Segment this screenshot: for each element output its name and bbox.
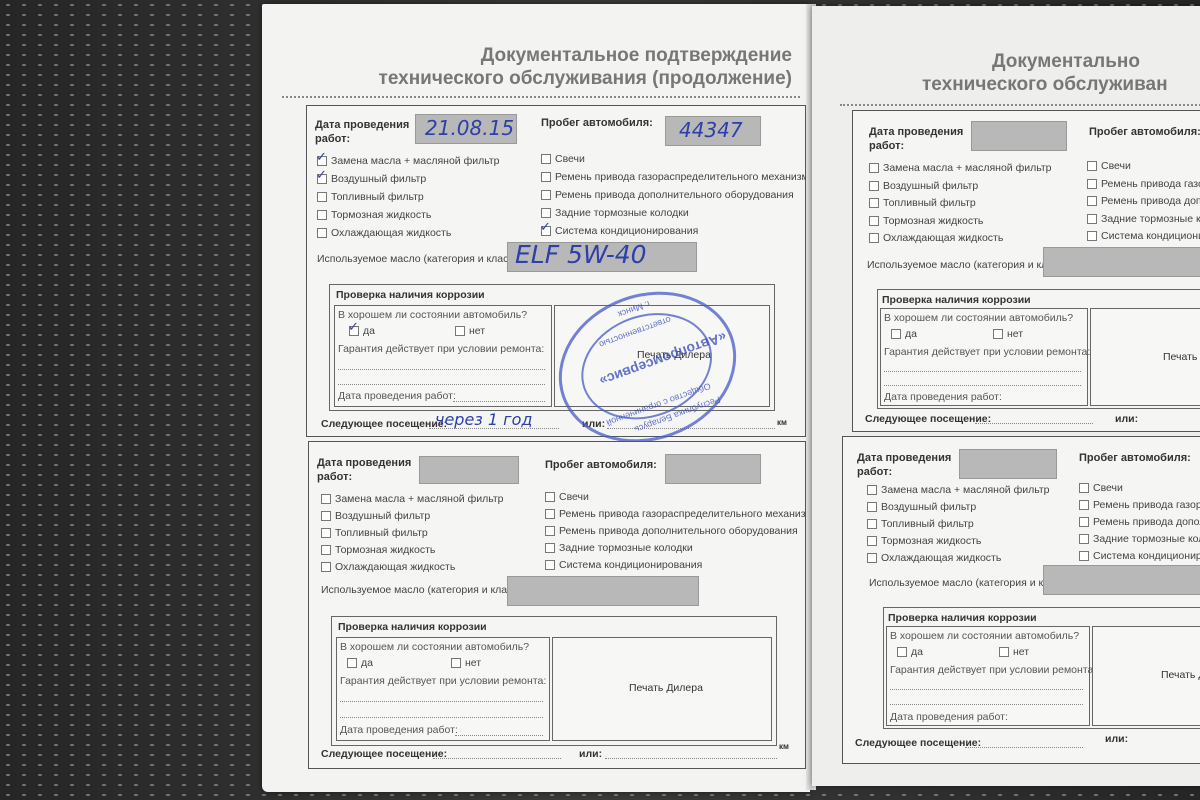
oil-label: Используемое масло (категория и класс) [867, 259, 1067, 271]
checklist-item-label: Тормозная жидкость [881, 534, 981, 548]
checklist-item-label: Охлаждающая жидкость [335, 560, 455, 574]
date-label: Дата проведенияработ: [857, 451, 951, 479]
next-visit-label: Следующее посещение: [855, 737, 981, 749]
condition-no[interactable]: нет [993, 327, 1023, 341]
date-label: Дата проведенияработ: [317, 456, 411, 484]
checkbox[interactable] [321, 545, 331, 555]
checklist-item-label: Воздушный фильтр [881, 500, 976, 514]
warranty-label: Гарантия действует при условии ремонта: [340, 675, 546, 687]
checklist-item-label: Ремень привода дополнительного оборудова… [1101, 194, 1200, 208]
checklist-item-label: Воздушный фильтр [331, 172, 426, 186]
checklist-item[interactable]: Свечи [1087, 159, 1131, 173]
checklist-item-label: Охлаждающая жидкость [881, 551, 1001, 565]
checklist-item-label: Свечи [555, 152, 585, 166]
title-line-1: Документальное подтверждение [379, 44, 792, 67]
checkbox[interactable] [321, 528, 331, 538]
checklist-item[interactable]: Топливный фильтр [867, 517, 974, 531]
dealer-stamp-label: Печать Дилера [629, 682, 703, 694]
checklist-item[interactable]: Охлаждающая жидкость [321, 560, 455, 574]
checkbox[interactable] [1079, 483, 1089, 493]
checklist-item[interactable]: Свечи [1079, 481, 1123, 495]
checklist-item-label: Воздушный фильтр [883, 179, 978, 193]
checkbox[interactable] [545, 492, 555, 502]
checklist-item[interactable]: Ремень привода газораспределительного ме… [545, 507, 819, 521]
checkbox[interactable] [541, 226, 551, 236]
checkbox[interactable] [541, 172, 551, 182]
checklist-item[interactable]: Охлаждающая жидкость [869, 231, 1003, 245]
checklist-item-label: Система кондиционирования [555, 224, 698, 238]
checkbox[interactable] [867, 553, 877, 563]
checklist-item[interactable]: Топливный фильтр [869, 196, 976, 210]
date-field[interactable] [971, 121, 1067, 151]
service-record-1: Дата проведенияработ: 21.08.15 Пробег ав… [306, 105, 806, 437]
oil-field[interactable] [1043, 247, 1200, 277]
title-line-2: технического обслуживания (продолжение) [379, 67, 792, 90]
checklist-item[interactable]: Задние тормозные колодки [1079, 532, 1200, 546]
checkbox[interactable] [869, 216, 879, 226]
condition-question: В хорошем ли состоянии автомобиль? [338, 309, 527, 321]
oil-label: Используемое масло (категория и класс) [321, 584, 521, 596]
oil-value: ELF 5W-40 [515, 240, 647, 269]
checklist-item-label: Топливный фильтр [335, 526, 428, 540]
next-visit-value: через 1 год [435, 410, 532, 429]
title-divider [840, 104, 1200, 106]
corrosion-title: Проверка наличия коррозии [336, 289, 485, 301]
checkbox[interactable] [545, 526, 555, 536]
or-label: или: [1105, 733, 1128, 745]
checklist-item-label: Замена масла + масляной фильтр [335, 492, 504, 506]
checklist-item[interactable]: Замена масла + масляной фильтр [321, 492, 504, 506]
checkbox[interactable] [869, 233, 879, 243]
condition-yes[interactable]: да [897, 645, 923, 659]
corrosion-title: Проверка наличия коррозии [338, 621, 487, 633]
checkbox[interactable] [317, 210, 327, 220]
checklist-item-label: Тормозная жидкость [331, 208, 431, 222]
checkbox[interactable] [545, 509, 555, 519]
corrosion-check: Проверка наличия коррозии В хорошем ли с… [877, 289, 1200, 409]
checklist-item-label: Свечи [559, 490, 589, 504]
checklist-item-label: Ремень привода дополнительного оборудова… [559, 524, 798, 538]
checklist-item[interactable]: Ремень привода газораспределительного ме… [1079, 498, 1200, 512]
checklist-item[interactable]: Ремень привода газораспределительного ме… [541, 170, 815, 184]
checklist-item[interactable]: Тормозная жидкость [869, 214, 983, 228]
service-book-left-page: Документальное подтверждение техническог… [262, 4, 810, 792]
checklist-item-label: Топливный фильтр [883, 196, 976, 210]
corrosion-check: Проверка наличия коррозии В хорошем ли с… [883, 607, 1200, 729]
checklist-item-label: Тормозная жидкость [883, 214, 983, 228]
checklist-item[interactable]: Свечи [541, 152, 585, 166]
checklist-item-label: Задние тормозные колодки [555, 206, 689, 220]
checklist-item-label: Замена масла + масляной фильтр [881, 483, 1050, 497]
checklist-item[interactable]: Свечи [545, 490, 589, 504]
checklist-item[interactable]: Воздушный фильтр [867, 500, 976, 514]
checklist-item-label: Замена масла + масляной фильтр [883, 161, 1052, 175]
checklist-item-label: Свечи [1101, 159, 1131, 173]
checklist-item[interactable]: Замена масла + масляной фильтр [867, 483, 1050, 497]
page-title: Документально технического обслуживан [922, 50, 1168, 96]
checklist-item-label: Ремень привода газораспределительного ме… [1101, 177, 1200, 191]
oil-field[interactable] [1043, 565, 1200, 595]
checkbox[interactable] [869, 163, 879, 173]
checkbox[interactable] [1087, 161, 1097, 171]
checklist-item[interactable]: Система кондиционирования [545, 558, 702, 572]
dealer-stamp-area: Печать Дилера [552, 637, 772, 741]
checkbox[interactable] [541, 208, 551, 218]
condition-no[interactable]: нет [999, 645, 1029, 659]
checkbox-no[interactable] [451, 658, 461, 668]
oil-label: Используемое масло (категория и класс) [869, 577, 1069, 589]
or-label: или: [579, 748, 602, 760]
checkbox[interactable] [867, 519, 877, 529]
checklist-item-label: Задние тормозные колодки [1093, 532, 1200, 546]
checklist-item-label: Охлаждающая жидкость [331, 226, 451, 240]
checkbox[interactable] [1079, 517, 1089, 527]
checklist-item-label: Система кондиционирования [1093, 549, 1200, 563]
dealer-stamp-area: Печать Дилера [1092, 626, 1200, 726]
title-divider [282, 96, 800, 98]
checkbox[interactable] [1087, 231, 1097, 241]
checklist-item-label: Воздушный фильтр [335, 509, 430, 523]
checklist-item[interactable]: Замена масла + масляной фильтр [317, 154, 500, 168]
checklist-item[interactable]: Ремень привода дополнительного оборудова… [1087, 194, 1200, 208]
checklist-item[interactable]: Топливный фильтр [321, 526, 428, 540]
mileage-label: Пробег автомобиля: [1079, 451, 1191, 465]
corrosion-title: Проверка наличия коррозии [888, 612, 1037, 624]
service-record-2: Дата проведенияработ: Пробег автомобиля:… [308, 441, 806, 769]
checklist-item[interactable]: Тормозная жидкость [867, 534, 981, 548]
checklist-item-label: Свечи [1093, 481, 1123, 495]
checkbox[interactable] [1087, 179, 1097, 189]
checkbox[interactable] [545, 560, 555, 570]
checklist-item[interactable]: Тормозная жидкость [317, 208, 431, 222]
mileage-value: 44347 [679, 118, 743, 142]
condition-yes[interactable]: да [349, 324, 375, 338]
checklist-item-label: Охлаждающая жидкость [883, 231, 1003, 245]
checklist-item-label: Ремень привода дополнительного оборудова… [555, 188, 794, 202]
next-visit-label: Следующее посещение: [321, 748, 447, 760]
checklist-item[interactable]: Система кондиционирования [1087, 229, 1200, 243]
work-date-label: Дата проведения работ: [338, 390, 456, 402]
service-record-4: Дата проведенияработ: Пробег автомобиля:… [842, 436, 1200, 764]
checklist-item[interactable]: Воздушный фильтр [321, 509, 430, 523]
checklist-item[interactable]: Задние тормозные колодки [541, 206, 689, 220]
checklist-item[interactable]: Тормозная жидкость [321, 543, 435, 557]
mileage-label: Пробег автомобиля: [1089, 125, 1200, 139]
checkbox[interactable] [1079, 500, 1089, 510]
condition-question: В хорошем ли состоянии автомобиль? [340, 641, 529, 653]
condition-yes[interactable]: да [891, 327, 917, 341]
checkbox[interactable] [317, 192, 327, 202]
checklist-item[interactable]: Топливный фильтр [317, 190, 424, 204]
checklist-item[interactable]: Охлаждающая жидкость [867, 551, 1001, 565]
date-label: Дата проведенияработ: [869, 125, 963, 153]
checklist-item-label: Ремень привода газораспределительного ме… [559, 507, 819, 521]
checkbox[interactable] [1087, 196, 1097, 206]
km-label: км [777, 418, 787, 427]
checklist-item-label: Замена масла + масляной фильтр [331, 154, 500, 168]
checkbox[interactable] [1079, 551, 1089, 561]
page-title: Документальное подтверждение техническог… [379, 44, 792, 90]
checkbox[interactable] [1087, 214, 1097, 224]
checkbox[interactable] [867, 502, 877, 512]
checkbox[interactable] [869, 181, 879, 191]
condition-yes[interactable]: да [347, 656, 373, 670]
checklist-item[interactable]: Задние тормозные колодки [1087, 212, 1200, 226]
checklist-item-label: Система кондиционирования [559, 558, 702, 572]
checkbox[interactable] [869, 198, 879, 208]
checklist-item-label: Ремень привода газораспределительного ме… [1093, 498, 1200, 512]
date-field[interactable] [959, 449, 1057, 479]
checklist-item-label: Система кондиционирования [1101, 229, 1200, 243]
corrosion-check: Проверка наличия коррозии В хорошем ли с… [331, 616, 777, 746]
mileage-label: Пробег автомобиля: [545, 458, 657, 472]
checkbox-yes[interactable] [349, 326, 359, 336]
mileage-label: Пробег автомобиля: [541, 116, 653, 130]
service-book-right-page: Документально технического обслуживан Да… [812, 6, 1200, 786]
oil-label: Используемое масло (категория и класс) [317, 253, 517, 265]
checkbox[interactable] [867, 536, 877, 546]
checklist-item-label: Топливный фильтр [331, 190, 424, 204]
checklist-item-label: Задние тормозные колодки [1101, 212, 1200, 226]
checklist-item[interactable]: Охлаждающая жидкость [317, 226, 451, 240]
checkbox[interactable] [321, 494, 331, 504]
checklist-item-label: Ремень привода газораспределительного ме… [555, 170, 815, 184]
next-visit-label: Следующее посещение: [865, 413, 991, 425]
checkbox[interactable] [321, 511, 331, 521]
checkbox-yes[interactable] [347, 658, 357, 668]
mileage-field[interactable] [665, 454, 761, 484]
checklist-item[interactable]: Воздушный фильтр [869, 179, 978, 193]
checklist-item[interactable]: Система кондиционирования [541, 224, 698, 238]
service-record-3: Дата проведенияработ: Пробег автомобиля:… [852, 110, 1200, 432]
checklist-item[interactable]: Замена масла + масляной фильтр [869, 161, 1052, 175]
dealer-stamp-area: Печать Дилера [1090, 308, 1200, 406]
condition-no[interactable]: нет [451, 656, 481, 670]
date-field[interactable] [419, 456, 519, 484]
checkbox[interactable] [317, 228, 327, 238]
checklist-item[interactable]: Система кондиционирования [1079, 549, 1200, 563]
checklist-item[interactable]: Ремень привода дополнительного оборудова… [545, 524, 798, 538]
checklist-item[interactable]: Задние тормозные колодки [545, 541, 693, 555]
warranty-label: Гарантия действует при условии ремонта: [338, 343, 544, 355]
or-label: или: [1115, 413, 1138, 425]
checkbox[interactable] [545, 543, 555, 553]
checklist-item-label: Задние тормозные колодки [559, 541, 693, 555]
checklist-item[interactable]: Ремень привода дополнительного оборудова… [541, 188, 794, 202]
checklist-item[interactable]: Ремень привода газораспределительного ме… [1087, 177, 1200, 191]
work-date-label: Дата проведения работ: [340, 724, 458, 736]
checkbox-no[interactable] [455, 326, 465, 336]
checklist-item-label: Топливный фильтр [881, 517, 974, 531]
checkbox[interactable] [317, 156, 327, 166]
checkbox[interactable] [317, 174, 327, 184]
date-value: 21.08.15 [425, 116, 514, 140]
checklist-item-label: Тормозная жидкость [335, 543, 435, 557]
checklist-item[interactable]: Воздушный фильтр [317, 172, 426, 186]
checkbox[interactable] [541, 154, 551, 164]
checkbox[interactable] [541, 190, 551, 200]
oil-field[interactable] [507, 576, 699, 606]
km-label: км [779, 742, 789, 751]
date-label: Дата проведенияработ: [315, 118, 409, 146]
checklist-item-label: Ремень привода дополнительного оборудова… [1093, 515, 1200, 529]
corrosion-title: Проверка наличия коррозии [882, 294, 1031, 306]
checkbox[interactable] [867, 485, 877, 495]
checkbox[interactable] [321, 562, 331, 572]
checkbox[interactable] [1079, 534, 1089, 544]
condition-no[interactable]: нет [455, 324, 485, 338]
checklist-item[interactable]: Ремень привода дополнительного оборудова… [1079, 515, 1200, 529]
